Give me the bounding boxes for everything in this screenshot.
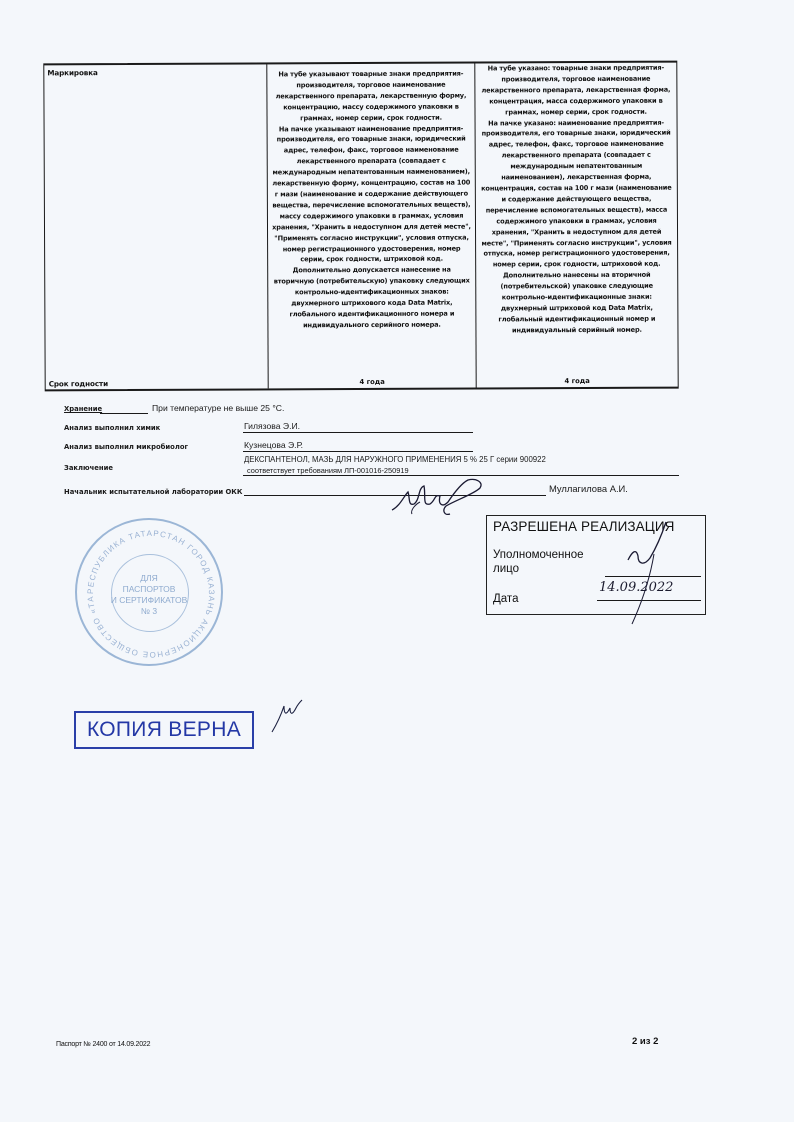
actual-paragraph: На тубе указано: товарные знаки предприя… [479,63,672,118]
actual-paragraph: Дополнительно нанесены на вторичной (пот… [480,270,673,336]
microbiologist-value: Кузнецова Э.Р. [244,440,303,450]
passport-number: Паспорт № 2400 от 14.09.2022 [56,1041,150,1048]
microbiologist-label: Анализ выполнил микробиолог [64,443,188,451]
authorized-label-1: Уполномоченное [493,549,584,561]
chemist-label: Анализ выполнил химик [64,424,160,432]
labeling-table: Маркировка Срок годности На тубе указыва… [43,61,678,392]
authorized-label-2: лицо [493,563,519,575]
conclusion-label: Заключение [64,464,113,472]
page-number: 2 из 2 [632,1036,658,1047]
row-labels-column: Маркировка Срок годности [44,64,267,389]
requirement-paragraph: Дополнительно допускается нанесение на в… [272,265,471,331]
date-label: Дата [493,593,518,605]
conclusion-line-1: ДЕКСПАНТЕНОЛ, МАЗЬ ДЛЯ НАРУЖНОГО ПРИМЕНЕ… [244,455,546,464]
stamp-center-line: И СЕРТИФИКАТОВ [77,595,221,606]
chemist-value: Гилязова Э.И. [244,421,300,431]
requirement-column: На тубе указывают товарные знаки предпри… [266,64,475,389]
round-stamp: РЕСПУБЛИКА ТАТАРСТАН ГОРОД КАЗАНЬ АКЦИОН… [75,518,223,666]
microbiologist-underline [243,451,473,452]
row-label-marking: Маркировка [47,68,97,77]
requirement-paragraph: На тубе указывают товарные знаки предпри… [271,69,470,124]
stamp-center-line: ДЛЯ [77,573,221,584]
copy-initials [268,696,308,736]
head-signature [390,470,500,520]
authorized-signature [620,518,680,628]
storage-underline [100,413,148,414]
copy-certified-stamp: КОПИЯ ВЕРНА [74,711,254,749]
round-stamp-center: ДЛЯ ПАСПОРТОВ И СЕРТИФИКАТОВ № 3 [77,573,221,617]
stamp-center-line: ПАСПОРТОВ [77,584,221,595]
head-label: Начальник испытательной лаборатории ОКК [64,488,242,496]
requirement-text: На тубе указывают товарные знаки предпри… [271,69,471,332]
actual-shelf-life: 4 года [477,377,678,386]
requirement-shelf-life: 4 года [269,378,476,387]
requirement-paragraph: На пачке указывают наименование предприя… [272,123,472,266]
actual-column: На тубе указано: товарные знаки предприя… [474,63,677,388]
stamp-center-line: № 3 [77,606,221,617]
conclusion-line-2: соответствует требованиям ЛП-001016-2509… [247,466,409,475]
storage-label: Хранение [64,405,102,413]
actual-paragraph: На пачке указано: наименование предприят… [480,117,674,271]
actual-text: На тубе указано: товарные знаки предприя… [479,63,673,336]
head-value: Муллагилова А.И. [549,483,628,494]
row-label-shelf-life: Срок годности [49,379,108,388]
storage-value: При температуре не выше 25 °С. [152,403,284,413]
chemist-underline [243,432,473,433]
